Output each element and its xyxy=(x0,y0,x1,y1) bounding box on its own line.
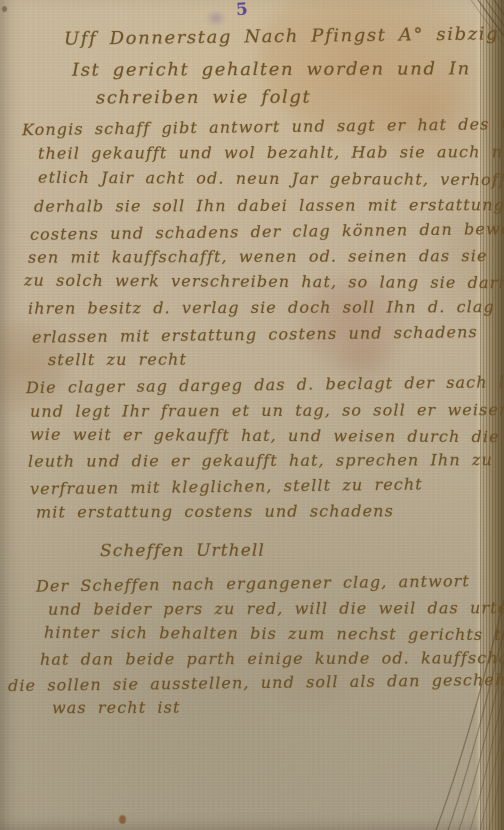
text-line: costens und schadens der clag können dan… xyxy=(30,219,504,244)
heading-line: schreiben wie folgt xyxy=(96,87,311,109)
text-line: wie weit er gekaufft hat, und weisen dur… xyxy=(30,425,500,446)
text-line: und legt Ihr frauen et un tag, so soll e… xyxy=(30,400,504,421)
text-line: erlassen mit erstattung costens und scha… xyxy=(32,322,478,346)
text-line: hat dan beide parth einige kunde od. kau… xyxy=(40,648,504,669)
text-line: Der Scheffen nach ergangener clag, antwo… xyxy=(36,571,470,595)
text-line: Die clager sag dargeg das d. beclagt der… xyxy=(26,372,504,397)
text-line: ihren besitz d. verlag sie doch soll Ihn… xyxy=(28,297,495,318)
text-line: stellt zu recht xyxy=(48,350,187,369)
manuscript-text: Uff Donnerstag Nach Pfingst A° sibzig Is… xyxy=(0,0,504,830)
text-line: sen mit kauffschafft, wenen od. seinen d… xyxy=(28,246,488,267)
text-line: Kongis schaff gibt antwort und sagt er h… xyxy=(22,114,504,140)
text-line: derhalb sie soll Ihn dabei lassen mit er… xyxy=(34,195,504,216)
text-line: was recht ist xyxy=(52,698,181,717)
manuscript-page: 5 Uff Donnerstag Nach Pfingst A° sibzig … xyxy=(0,0,504,830)
text-line: die sollen sie ausstellen, und soll als … xyxy=(8,670,504,695)
text-line: theil gekaufft und wol bezahlt, Hab sie … xyxy=(38,142,504,163)
text-line: leuth und die er gekaufft hat, sprechen … xyxy=(28,450,493,471)
text-line: mit erstattung costens und schadens xyxy=(36,501,394,521)
text-line: hinter sich behalten bis zum nechst geri… xyxy=(44,623,504,645)
text-line: zu solch werk verschreiben hat, so lang … xyxy=(24,271,504,293)
verdict-heading: Scheffen Urthell xyxy=(100,541,265,562)
text-line: und beider pers zu red, will die weil da… xyxy=(48,598,504,619)
text-line: verfrauen mit kleglichen, stellt zu rech… xyxy=(30,475,423,499)
heading-line: Uff Donnerstag Nach Pfingst A° sibzig xyxy=(64,23,500,49)
heading-line: Ist gericht gehalten worden und In xyxy=(72,58,471,80)
text-line: etlich Jair acht od. neun Jar gebraucht,… xyxy=(38,168,504,189)
